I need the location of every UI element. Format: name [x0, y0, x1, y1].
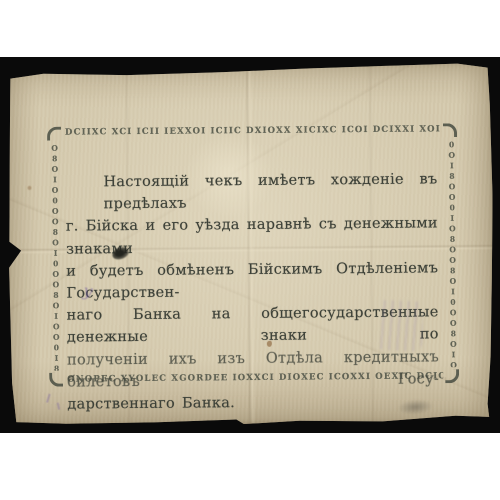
frame-corner-bottom-right-ornament	[445, 369, 459, 383]
frame-top-border: DCIIXC XCI ICII IEXXOI ICIIC DXIOXX XICI…	[65, 124, 441, 138]
stamp-residue-mark	[57, 403, 60, 410]
check-text-line-6: дарственнаго Банка.	[67, 390, 439, 415]
stamp-residue-mark	[46, 394, 51, 403]
banknote-paper: DCIIXC XCI ICII IEXXOI ICIIC DXIOXX XICI…	[4, 62, 494, 426]
stain-spot	[27, 186, 31, 190]
check-text-line-5: полученіи ихъ изъ Отдѣла кредитныхъ биле…	[67, 346, 439, 394]
frame-corner-top-left-ornament	[47, 127, 61, 141]
frame-corner-bottom-left-ornament	[49, 373, 63, 387]
frame-right-border: 0OI8OO0IO8OO8OI0OO8OIOO8OI0OO0I8OO	[445, 140, 458, 367]
check-text-line-3: и будетъ обмѣненъ Бійскимъ Отдѣленіемъ Г…	[66, 257, 438, 305]
frame-left-border: O8OIO0OO8OI0OO8OIOO0I8OO0IO8OO8I0O	[48, 144, 61, 371]
check-text-line-1: Настоящій чекъ имѣетъ хожденіе въ предѣл…	[65, 168, 437, 216]
photo-background: DCIIXC XCI ICII IEXXOI ICIIC DXIOXX XICI…	[0, 57, 500, 433]
dirt-smudge	[397, 398, 434, 416]
check-text: Настоящій чекъ имѣетъ хожденіе въ предѣл…	[65, 168, 439, 415]
stamp-bleedthrough	[376, 300, 424, 352]
frame-corner-top-right-ornament	[443, 123, 457, 137]
